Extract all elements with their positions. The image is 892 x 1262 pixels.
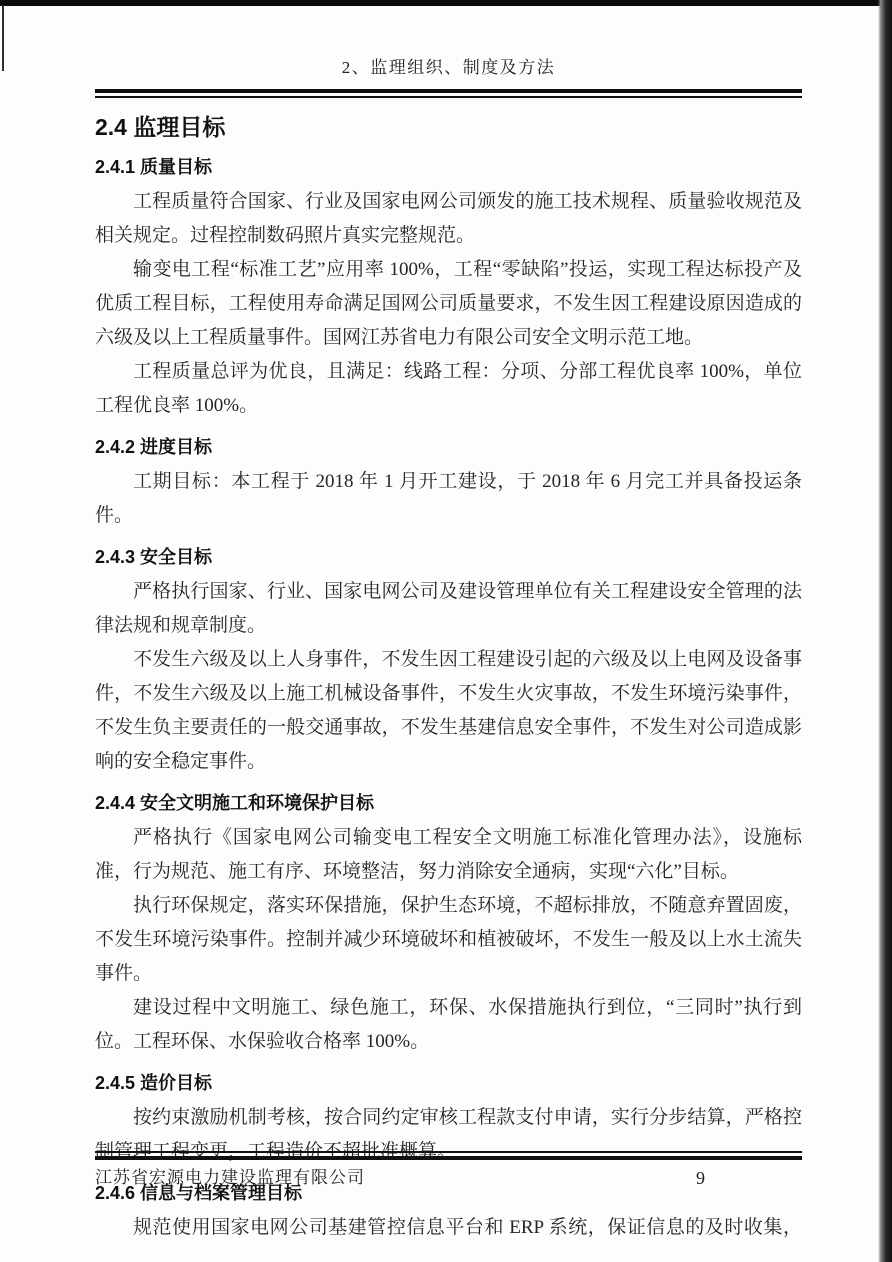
paragraph: 规范使用国家电网公司基建管控信息平台和 ERP 系统，保证信息的及时收集，准确汇 (95, 1211, 802, 1245)
paragraph: 执行环保规定，落实环保措施，保护生态环境，不超标排放，不随意弃置固废，不发生环境… (95, 889, 802, 991)
paragraph: 工程质量总评为优良，且满足：线路工程：分项、分部工程优良率 100%，单位工程优… (95, 355, 802, 423)
footer-company-name: 江苏省宏源电力建设监理有限公司 (95, 1166, 365, 1190)
subsection-heading-civilized-construction: 2.4.4 安全文明施工和环境保护目标 (95, 791, 802, 815)
scan-mark-left (2, 5, 4, 71)
footer-page-number: 9 (696, 1166, 705, 1190)
page-content: 2、监理组织、制度及方法 2.4 监理目标 2.4.1 质量目标 工程质量符合国… (95, 56, 802, 1245)
section-title: 2.4 监理目标 (95, 111, 802, 143)
header-divider (95, 89, 802, 98)
scan-edge-right (878, 0, 892, 1262)
paragraph: 建设过程中文明施工、绿色施工，环保、水保措施执行到位，“三同时”执行到位。工程环… (95, 991, 802, 1059)
paragraph: 工期目标：本工程于 2018 年 1 月开工建设，于 2018 年 6 月完工并… (95, 465, 802, 533)
paragraph: 不发生六级及以上人身事件，不发生因工程建设引起的六级及以上电网及设备事件，不发生… (95, 643, 802, 779)
paragraph: 严格执行《国家电网公司输变电工程安全文明施工标准化管理办法》，设施标准，行为规范… (95, 821, 802, 889)
scan-edge-top (0, 0, 892, 6)
running-header-title: 2、监理组织、制度及方法 (95, 56, 802, 80)
subsection-heading-schedule: 2.4.2 进度目标 (95, 435, 802, 459)
footer-divider (95, 1151, 802, 1160)
subsection-heading-quality: 2.4.1 质量目标 (95, 155, 802, 179)
paragraph: 工程质量符合国家、行业及国家电网公司颁发的施工技术规程、质量验收规范及相关规定。… (95, 185, 802, 253)
paragraph: 严格执行国家、行业、国家电网公司及建设管理单位有关工程建设安全管理的法律法规和规… (95, 575, 802, 643)
paragraph: 输变电工程“标准工艺”应用率 100%，工程“零缺陷”投运，实现工程达标投产及优… (95, 253, 802, 355)
subsection-heading-cost: 2.4.5 造价目标 (95, 1071, 802, 1095)
document-page: 2、监理组织、制度及方法 2.4 监理目标 2.4.1 质量目标 工程质量符合国… (0, 0, 892, 1262)
subsection-heading-safety: 2.4.3 安全目标 (95, 545, 802, 569)
